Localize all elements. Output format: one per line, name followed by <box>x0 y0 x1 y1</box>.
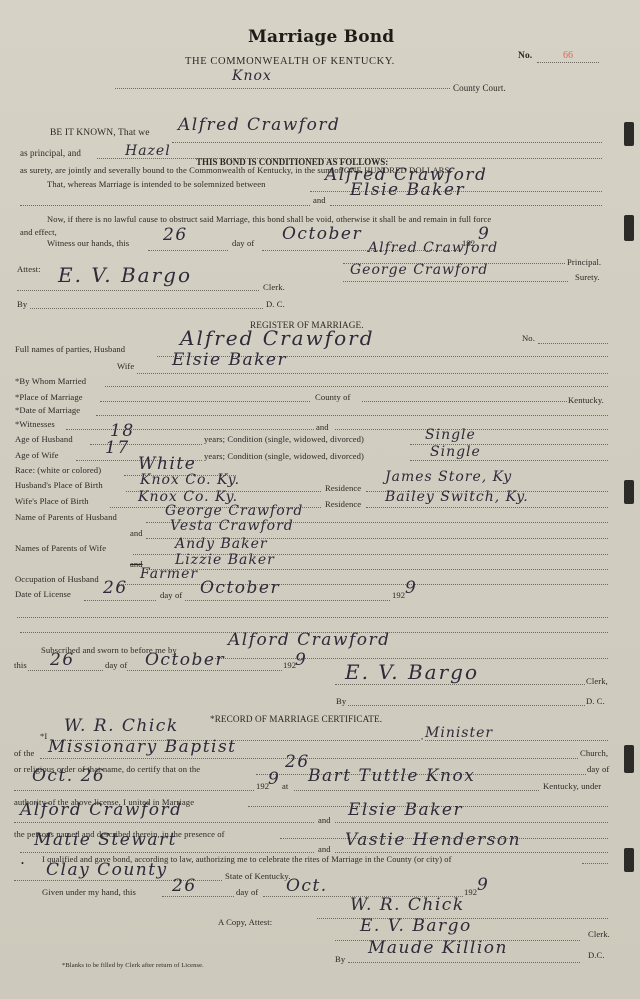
sworn-day-of-label: day of <box>105 660 127 670</box>
license-year-suffix: 9 <box>405 578 417 598</box>
certificate-i-label: *I <box>40 731 47 741</box>
copy-attest-label: A Copy, Attest: <box>218 917 272 927</box>
county-value: Knox <box>232 68 272 84</box>
date-of-marriage-label: *Date of Marriage <box>15 405 80 415</box>
by-label: By <box>17 299 27 309</box>
age-wife: 17 <box>105 438 130 458</box>
officiant-title-comma: , <box>421 731 423 741</box>
county-court-label: County Court. <box>453 83 506 93</box>
principal-signature: Alfred Crawford <box>368 240 498 256</box>
binder-tab <box>624 215 634 241</box>
whereas-label: That, whereas Marriage is intended to be… <box>47 179 266 189</box>
bond-number-label: No. <box>518 51 532 61</box>
void-clause: Now, if there is no lawful cause to obst… <box>47 214 491 224</box>
certificate-day: 26 <box>285 752 310 772</box>
race-value: White <box>138 454 196 474</box>
certificate-heading: *RECORD OF MARRIAGE CERTIFICATE. <box>210 714 382 724</box>
wife-birth-label: Wife's Place of Birth <box>15 496 89 506</box>
given-day-of-label: day of <box>236 887 258 897</box>
dc-label: D. C. <box>266 299 285 309</box>
husband-birthplace: Knox Co. Ky. <box>140 472 240 488</box>
groom-bride-and-label: and <box>318 815 331 825</box>
husband-birth-label: Husband's Place of Birth <box>15 480 103 490</box>
and-label: and <box>313 195 326 205</box>
husband-residence: James Store, Ky <box>385 469 512 485</box>
binder-tab <box>624 745 634 773</box>
witness-day: 26 <box>163 225 188 245</box>
state-label: State of Kentucky. <box>225 871 290 881</box>
surety-name: Hazel <box>125 143 171 159</box>
given-day: 26 <box>172 876 197 896</box>
sworn-dc-label: D. C. <box>586 696 605 706</box>
sworn-clerk-signature: E. V. Bargo <box>345 660 479 684</box>
mother-of-husband: Vesta Crawford <box>170 518 294 534</box>
bond-number: 66 <box>563 50 573 61</box>
minister-signature: W. R. Chick <box>350 895 465 915</box>
principal-label: Principal. <box>567 257 601 267</box>
age-husband-label: Age of Husband <box>15 434 73 444</box>
be-it-known-label: BE IT KNOWN, That we <box>50 128 150 138</box>
copy-dc-label: D.C. <box>588 950 605 960</box>
wife-residence: Bailey Switch, Ky. <box>385 489 529 505</box>
certificate-day-of-label: day of <box>587 764 609 774</box>
father-of-husband: George Crawford <box>165 503 303 519</box>
sworn-year-suffix: 9 <box>295 650 307 670</box>
license-year-prefix: 192 <box>392 590 405 600</box>
footnote: *Blanks to be filled by Clerk after retu… <box>62 962 204 969</box>
copy-clerk-signature: E. V. Bargo <box>360 916 472 936</box>
condition-wife: Single <box>430 444 481 460</box>
sworn-name: Alford Crawford <box>228 630 391 650</box>
surety-signature: George Crawford <box>350 262 488 278</box>
race-label: Race: (white or colored) <box>15 465 101 475</box>
bride-name: Elsie Baker <box>348 800 463 820</box>
husband-label: Full names of parties, Husband <box>15 344 125 354</box>
witness1-name: Matie Stewart <box>34 830 177 850</box>
at-label: at <box>282 781 288 791</box>
as-principal-label: as principal, and <box>20 148 81 158</box>
officiant-name: W. R. Chick <box>64 716 179 736</box>
party2-name: Elsie Baker <box>350 180 465 200</box>
officiant-title: Minister <box>425 725 493 741</box>
church-label: Church, <box>580 748 608 758</box>
husband-name: Alfred Crawford <box>180 326 375 350</box>
occupation-value: Farmer <box>140 566 198 582</box>
kentucky-under-label: Kentucky, under <box>543 781 601 791</box>
certificate-year-suffix: 9 <box>268 769 280 789</box>
surety-label: Surety. <box>575 272 600 282</box>
marriage-place: Bart Tuttle Knox <box>308 766 475 786</box>
principal-name: Alfred Crawford <box>178 115 340 135</box>
binder-tab <box>624 122 634 146</box>
license-month: October <box>200 578 280 598</box>
license-day: 26 <box>103 578 128 598</box>
sworn-by-label: By <box>336 696 346 706</box>
parents-husband-and-label: and <box>130 528 143 538</box>
binder-tab <box>624 848 634 872</box>
given-year-prefix: 192 <box>464 887 477 897</box>
license-day-of-label: day of <box>160 590 182 600</box>
bullet: • <box>21 858 24 868</box>
commonwealth-heading: THE COMMONWEALTH OF KENTUCKY. <box>185 56 395 67</box>
license-date-label: Date of License <box>15 589 71 599</box>
witness-label: Witness our hands, this <box>47 238 129 248</box>
sworn-day: 26 <box>50 650 75 670</box>
wife-name: Elsie Baker <box>172 350 287 370</box>
witnesses-label: *Witnesses <box>15 419 55 429</box>
condition-husband: Single <box>425 427 476 443</box>
given-year-suffix: 9 <box>477 875 489 895</box>
parents-husband-label: Name of Parents of Husband <box>15 512 117 522</box>
wife-residence-label: Residence <box>325 499 361 509</box>
church-name: Missionary Baptist <box>48 737 237 757</box>
given-label: Given under my hand, this <box>42 887 136 897</box>
by-whom-label: *By Whom Married <box>15 376 86 386</box>
kentucky-label: Kentucky. <box>568 395 604 405</box>
witnesses-and-label-cert: and <box>318 844 331 854</box>
parents-wife-label: Names of Parents of Wife <box>15 543 106 553</box>
occupation-label: Occupation of Husband <box>15 574 99 584</box>
husband-residence-label: Residence <box>325 483 361 493</box>
witness-month: October <box>282 224 362 244</box>
attest-label: Attest: <box>17 264 41 274</box>
marriage-bond-document: Marriage Bond THE COMMONWEALTH OF KENTUC… <box>0 0 640 999</box>
copy-clerk-label: Clerk. <box>588 929 610 939</box>
place-label: *Place of Marriage <box>15 392 83 402</box>
clerk-label: Clerk. <box>263 282 285 292</box>
sworn-this-label: this <box>14 660 27 670</box>
condition-husband-label: years; Condition (single, widowed, divor… <box>204 434 364 444</box>
condition-wife-label: years; Condition (single, widowed, divor… <box>204 451 364 461</box>
register-no-label: No. <box>522 333 535 343</box>
day-of-label: day of <box>232 238 254 248</box>
county-name: Clay County <box>46 860 168 880</box>
witness2-name: Vastie Henderson <box>345 830 521 850</box>
given-month: Oct. <box>286 876 328 896</box>
wife-label: Wife <box>117 361 134 371</box>
county-of-label: County of <box>315 392 351 402</box>
clerk-signature: E. V. Bargo <box>58 263 192 287</box>
witnesses-and-label: and <box>316 422 329 432</box>
certificate-month: Oct. 26 <box>32 766 105 786</box>
father-of-wife: Andy Baker <box>175 536 268 552</box>
age-wife-label: Age of Wife <box>15 450 59 460</box>
groom-name: Alford Crawford <box>20 800 183 820</box>
void-clause-end: and effect, <box>20 227 57 237</box>
deputy-signature: Maude Killion <box>368 938 508 958</box>
copy-by-label: By <box>335 954 345 964</box>
sworn-month: October <box>145 650 225 670</box>
document-title: Marriage Bond <box>248 27 394 47</box>
sworn-clerk-label: Clerk, <box>586 676 608 686</box>
of-the-label: of the <box>14 748 34 758</box>
binder-tab <box>624 480 634 504</box>
